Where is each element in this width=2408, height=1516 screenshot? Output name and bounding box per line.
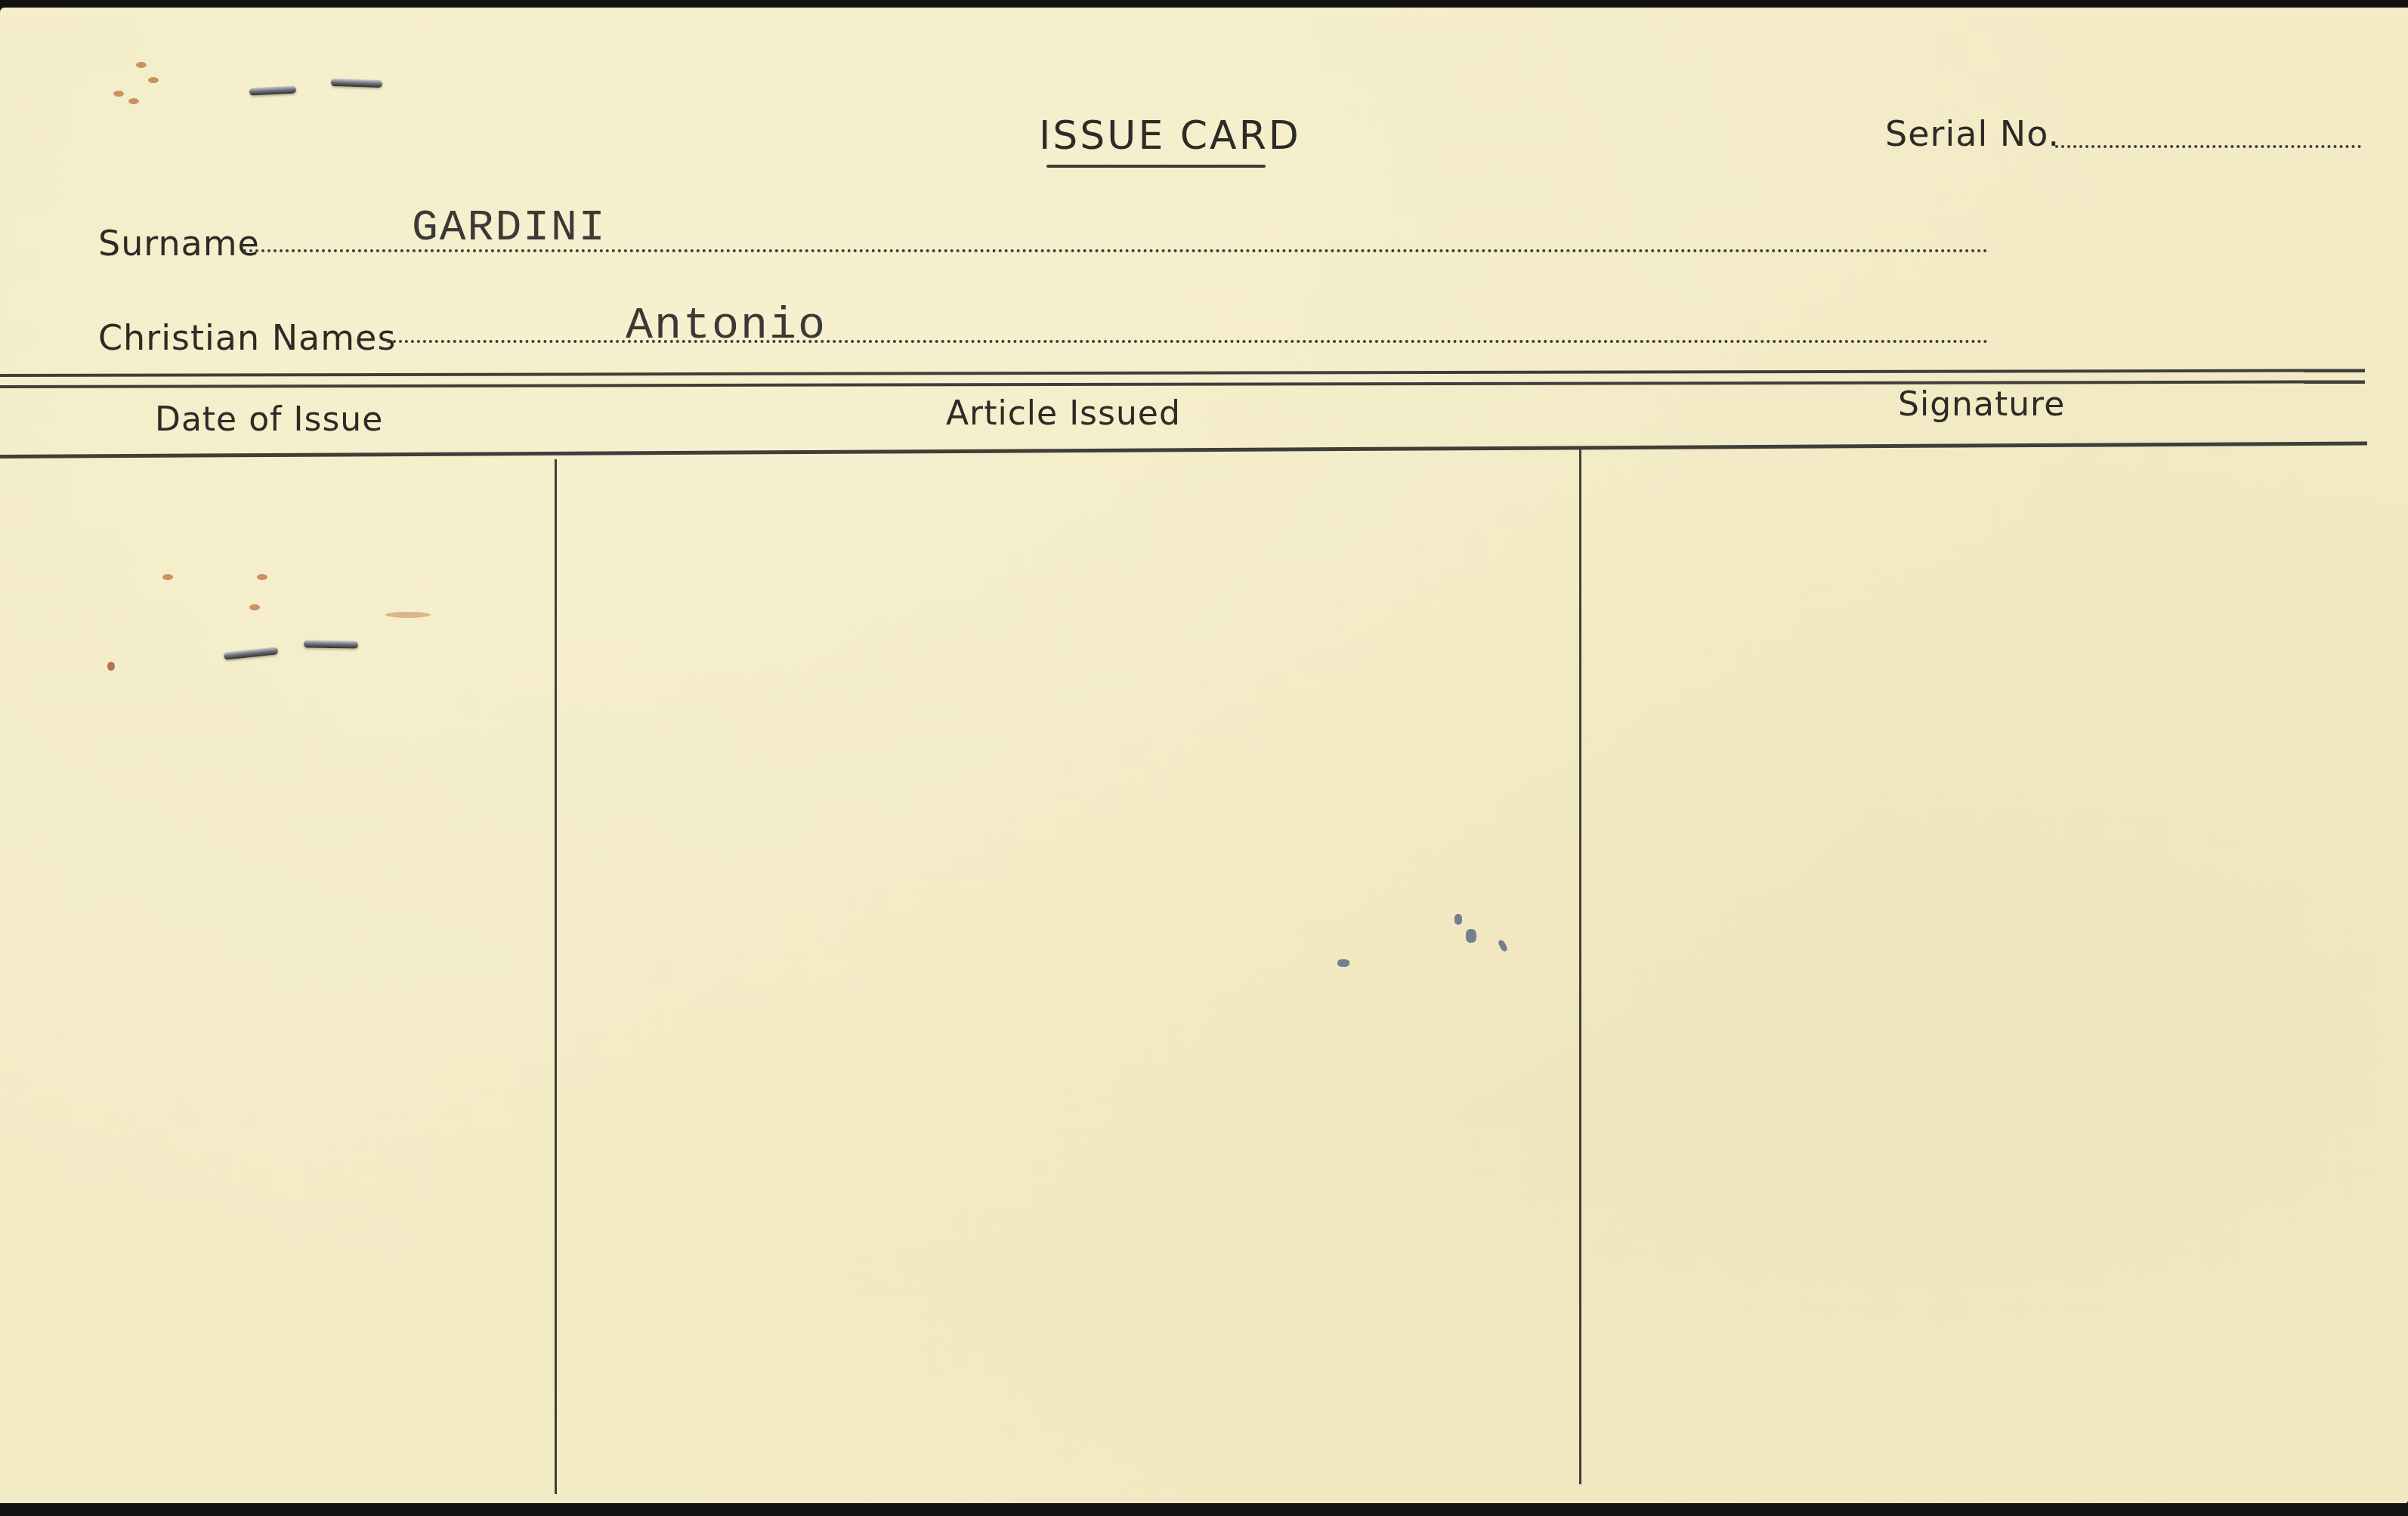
issue-card: ISSUE CARD Serial No. Surname GARDINI Ch…	[0, 8, 2408, 1503]
christian-names-value: Antonio	[626, 301, 827, 352]
serial-no-field[interactable]	[2055, 145, 2361, 148]
staple-icon	[331, 79, 382, 88]
double-rule-top	[0, 369, 2365, 377]
rust-stain	[148, 77, 159, 83]
signature-column[interactable]	[1581, 453, 2405, 1496]
rust-stain	[128, 98, 139, 104]
title-underline	[1046, 165, 1266, 168]
article-issued-column[interactable]	[557, 461, 1579, 1496]
card-title: ISSUE CARD	[1039, 113, 1301, 159]
rust-stain	[136, 62, 147, 68]
surname-label: Surname	[98, 223, 260, 264]
date-of-issue-column[interactable]	[0, 461, 555, 1496]
staple-icon	[249, 85, 296, 95]
christian-names-label: Christian Names	[98, 317, 396, 358]
surname-value: GARDINI	[412, 204, 607, 253]
serial-no-label: Serial No.	[1885, 113, 2060, 154]
column-header-date-of-issue: Date of Issue	[155, 400, 383, 439]
rust-stain	[113, 91, 124, 97]
column-header-signature: Signature	[1898, 385, 2065, 424]
column-header-article-issued: Article Issued	[946, 394, 1181, 433]
